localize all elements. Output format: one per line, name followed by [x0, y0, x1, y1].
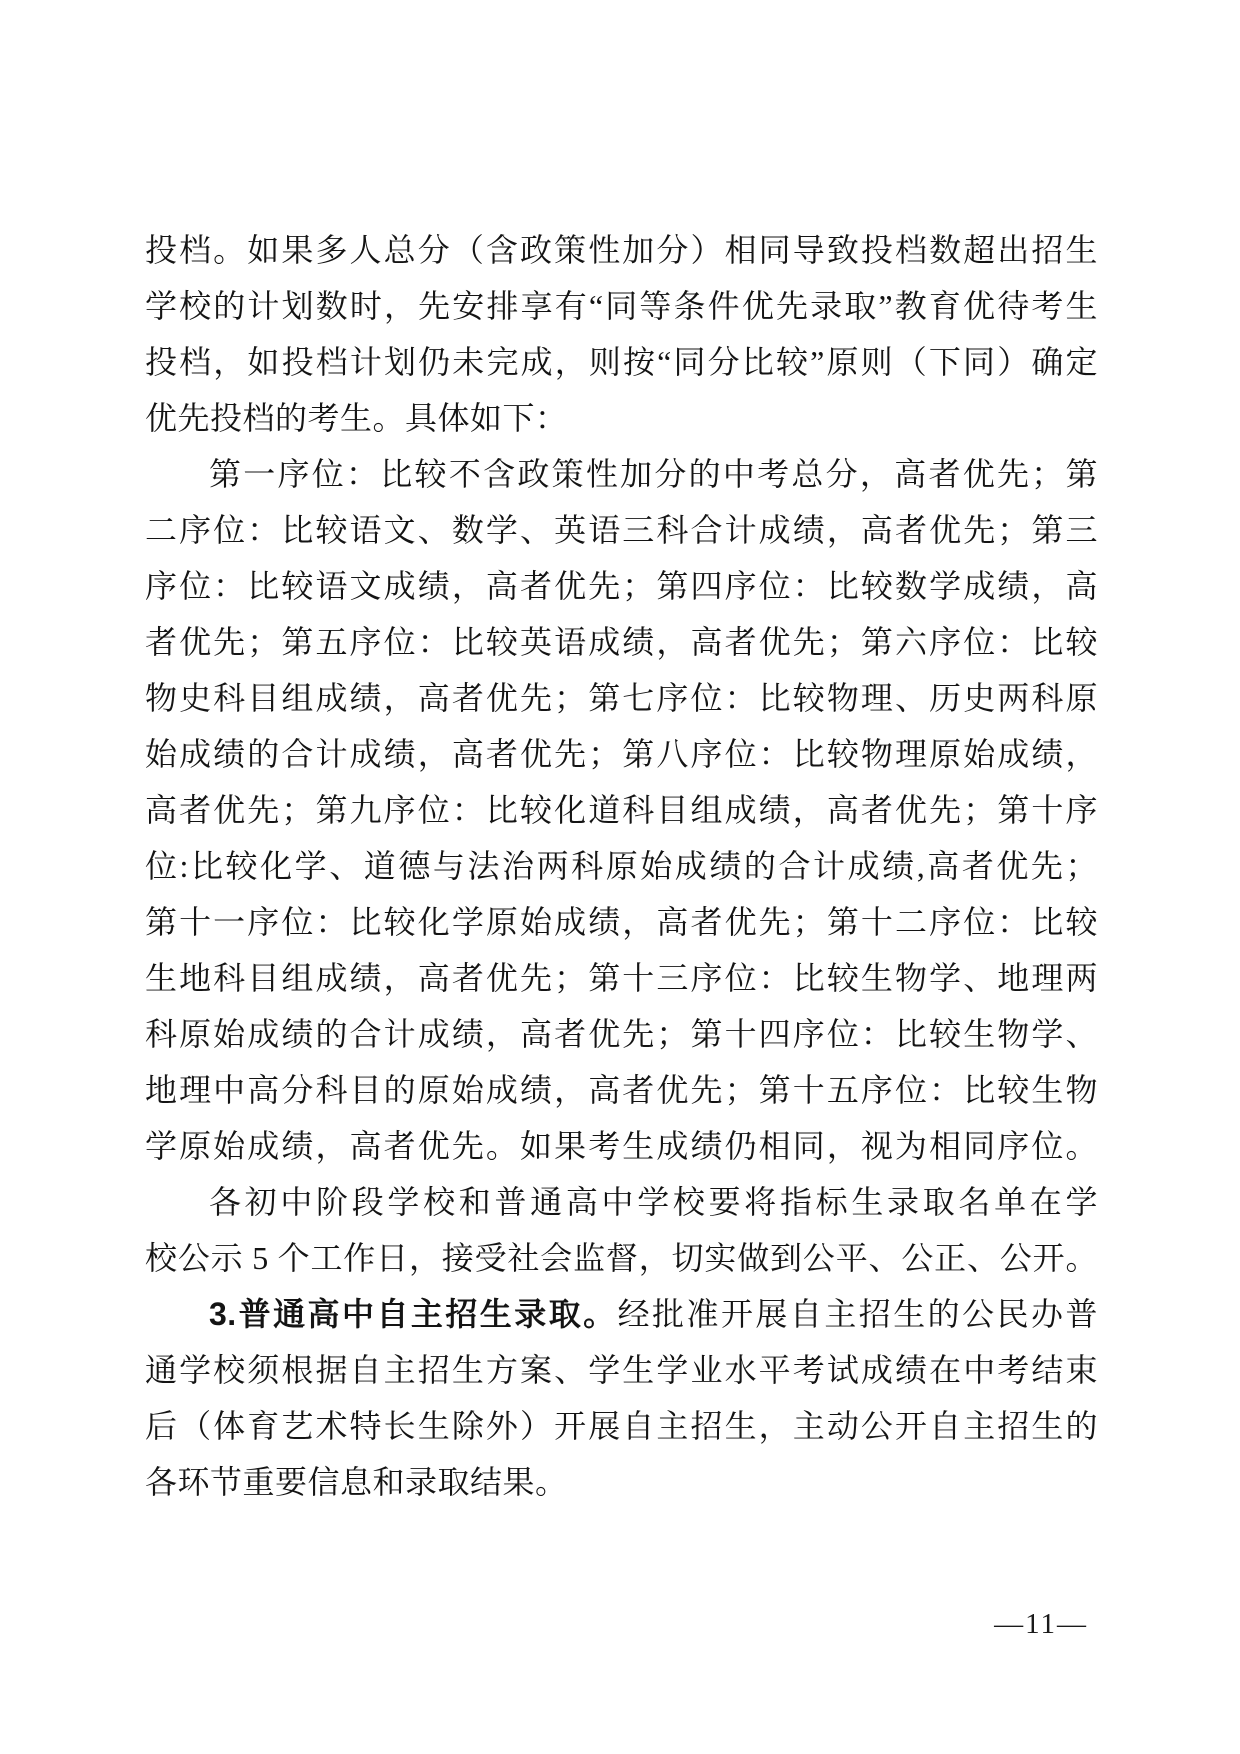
body-line: 各环节重要信息和录取结果。: [145, 1454, 1098, 1510]
body-line: 生地科目组成绩，高者优先；第十三序位：比较生物学、地理两: [145, 950, 1098, 1006]
body-line: 第一序位：比较不含政策性加分的中考总分，高者优先；第: [145, 446, 1098, 502]
body-line: 始成绩的合计成绩，高者优先；第八序位：比较物理原始成绩，: [145, 726, 1098, 782]
body-line: 科原始成绩的合计成绩，高者优先；第十四序位：比较生物学、: [145, 1006, 1098, 1062]
body-line-with-heading: 3.普通高中自主招生录取。经批准开展自主招生的公民办普: [145, 1286, 1098, 1342]
body-line: 第十一序位：比较化学原始成绩，高者优先；第十二序位：比较: [145, 894, 1098, 950]
body-line-rest: 经批准开展自主招生的公民办普: [618, 1296, 1098, 1332]
body-line: 高者优先；第九序位：比较化道科目组成绩，高者优先；第十序: [145, 782, 1098, 838]
body-line: 各初中阶段学校和普通高中学校要将指标生录取名单在学: [145, 1174, 1098, 1230]
body-line: 校公示 5 个工作日，接受社会监督，切实做到公平、公正、公开。: [145, 1230, 1098, 1286]
body-line: 通学校须根据自主招生方案、学生学业水平考试成绩在中考结束: [145, 1342, 1098, 1398]
section-heading: 3.普通高中自主招生录取。: [209, 1296, 618, 1332]
body-line: 位:比较化学、道德与法治两科原始成绩的合计成绩,高者优先；: [145, 838, 1098, 894]
document-page: 投档。如果多人总分（含政策性加分）相同导致投档数超出招生 学校的计划数时，先安排…: [0, 0, 1240, 1754]
body-line: 学原始成绩，高者优先。如果考生成绩仍相同，视为相同序位。: [145, 1118, 1098, 1174]
body-line: 者优先；第五序位：比较英语成绩，高者优先；第六序位：比较: [145, 614, 1098, 670]
body-line: 序位：比较语文成绩，高者优先；第四序位：比较数学成绩，高: [145, 558, 1098, 614]
page-number: —11—: [994, 1608, 1088, 1641]
body-line: 后（体育艺术特长生除外）开展自主招生，主动公开自主招生的: [145, 1398, 1098, 1454]
document-body: 投档。如果多人总分（含政策性加分）相同导致投档数超出招生 学校的计划数时，先安排…: [145, 222, 1098, 1510]
body-line: 二序位：比较语文、数学、英语三科合计成绩，高者优先；第三: [145, 502, 1098, 558]
body-line: 优先投档的考生。具体如下：: [145, 390, 1098, 446]
body-line: 地理中高分科目的原始成绩，高者优先；第十五序位：比较生物: [145, 1062, 1098, 1118]
body-line: 投档，如投档计划仍未完成，则按“同分比较”原则（下同）确定: [145, 334, 1098, 390]
body-line: 学校的计划数时，先安排享有“同等条件优先录取”教育优待考生: [145, 278, 1098, 334]
body-line: 投档。如果多人总分（含政策性加分）相同导致投档数超出招生: [145, 222, 1098, 278]
body-line: 物史科目组成绩，高者优先；第七序位：比较物理、历史两科原: [145, 670, 1098, 726]
